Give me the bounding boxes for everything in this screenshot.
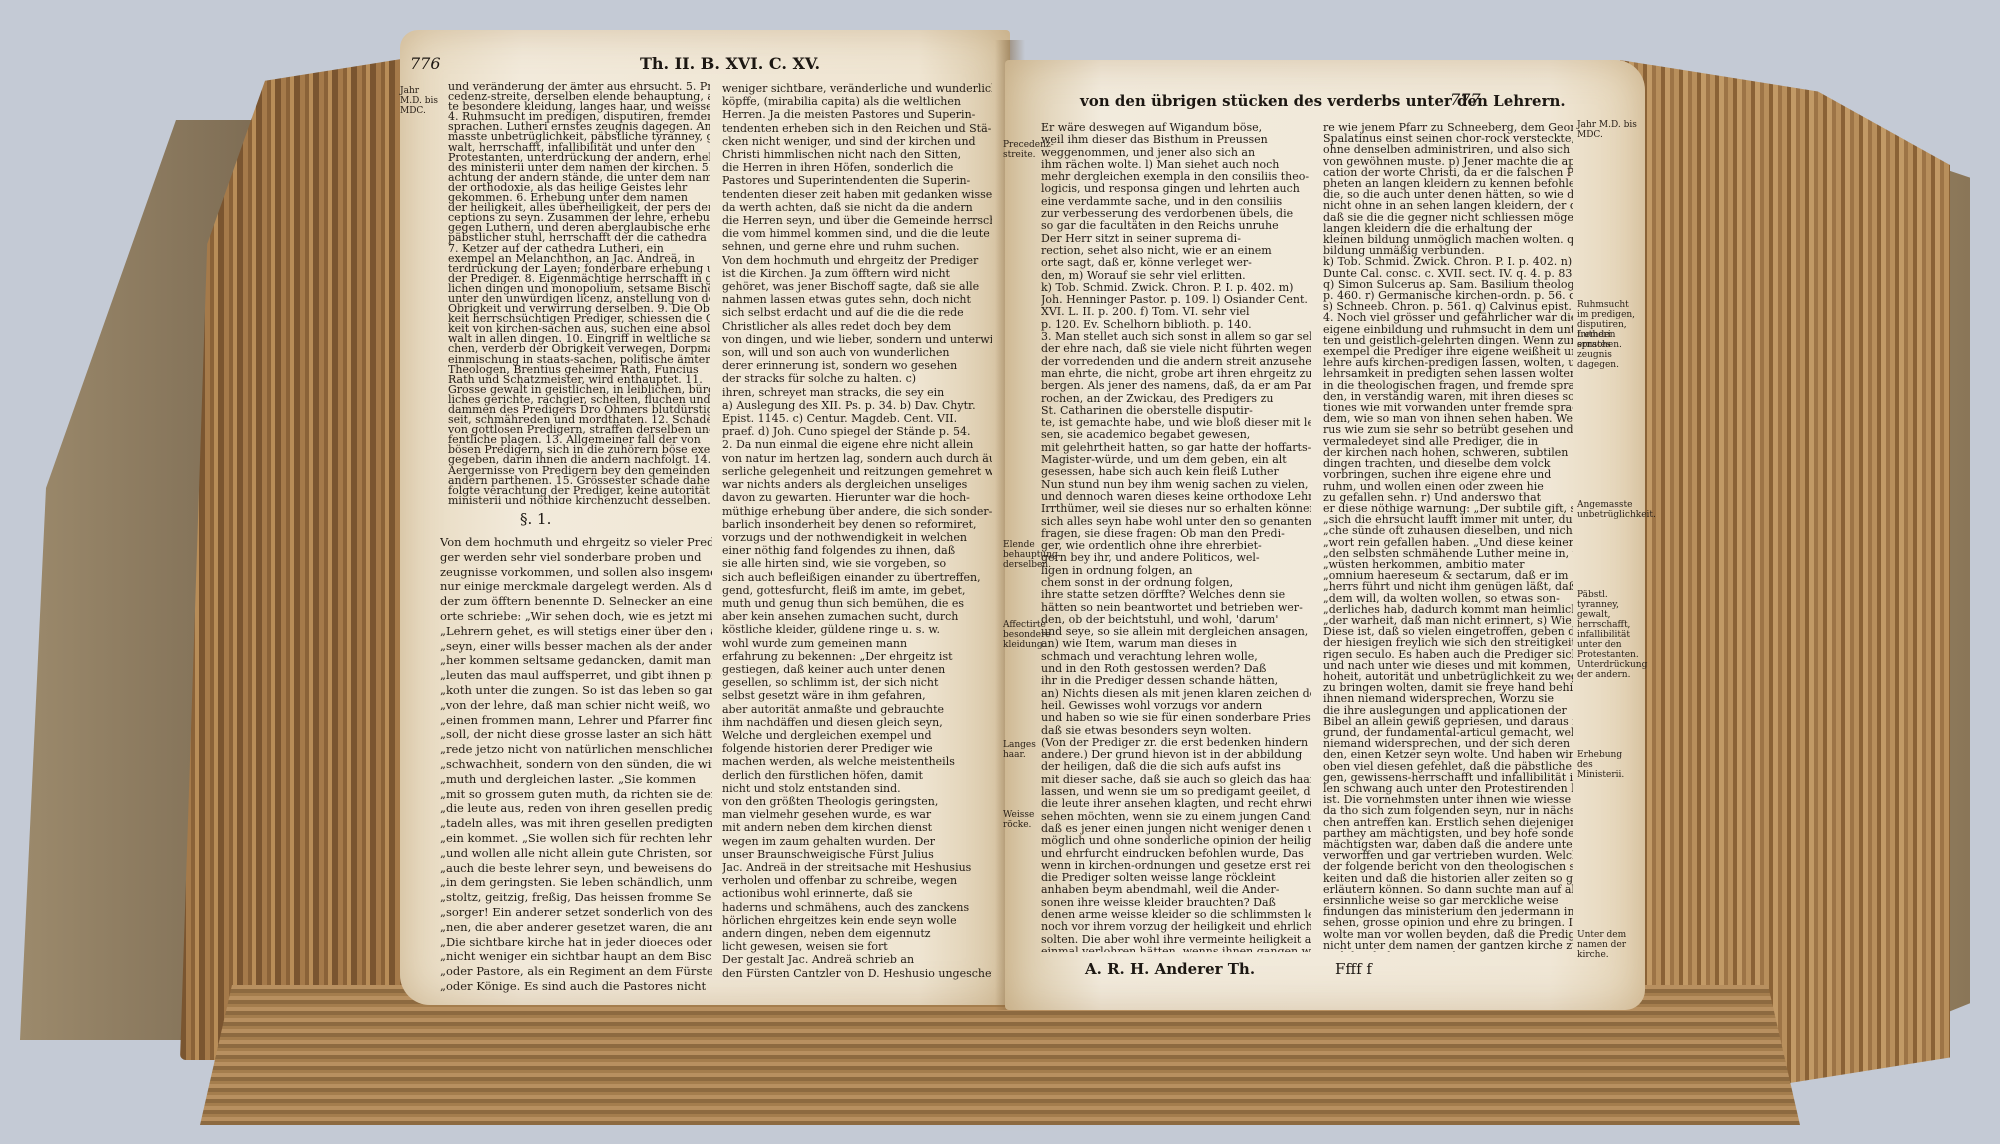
left-page: 776 Th. II. B. XVI. C. XV. Jahr M.D. bis… [400, 30, 1010, 1005]
text-line: „sorger! Ein anderer setzet sonderlich v… [440, 905, 712, 920]
text-line: „her kommen seltsame gedancken, damit ma… [440, 653, 712, 668]
text-line: „auch die beste lehrer seyn, und beweise… [440, 861, 712, 876]
text-line: „seyn, einer wills besser machen als der… [440, 639, 712, 654]
text-line: ihren, schreyet man stracks, die sey ein [722, 386, 992, 399]
margin-note: Affectirte besondere kleidung. [1003, 620, 1039, 650]
text-line: „oder Könige. Es sind auch die Pastores … [440, 979, 712, 994]
text-line: andern dingen, neben dem eigennutz [722, 927, 992, 940]
text-line: noch vor ihrem vorzug der heiligkeit und… [1041, 921, 1311, 933]
text-line: sie alle hirten sind, wie sie vorgeben, … [722, 557, 992, 570]
text-line: gehöret, was jener Bischoff sagte, daß s… [722, 280, 992, 293]
text-line: den, einen Ketzer seyn wolte. Und haben … [1323, 749, 1573, 760]
text-line: erfahrung zu bekennen: „Der ehrgeitz ist [722, 650, 992, 663]
text-line: da tho sich zum folgenden seyn, nur in n… [1323, 805, 1573, 816]
text-line: sen, sie academico begabet gewesen, [1041, 429, 1311, 441]
text-line: sehen, grosse opinion und ehre zu bringe… [1323, 917, 1573, 928]
text-line: nicht und stolz entstanden sind. [722, 782, 992, 795]
margin-note: Lutheri ernstes zeugnis dagegen. [1577, 330, 1637, 370]
text-line: tendenten erheben sich in den Reichen un… [722, 122, 992, 135]
text-line: ihr in die Prediger dessen schande hätte… [1041, 675, 1311, 687]
text-line: cken nicht weniger, und sind der kirchen… [722, 135, 992, 148]
left-section-text: Von dem hochmuth und ehrgeitz so vieler … [440, 535, 712, 1005]
text-line: selbst gesetzt wäre in ihm gefahren, [722, 689, 992, 702]
text-line: XVI. L. II. p. 200. f) Tom. VI. sehr vie… [1041, 306, 1311, 318]
margin-note: Weisse röcke. [1003, 810, 1039, 830]
text-line: einer nöthig fand folgendes zu ihnen, da… [722, 544, 992, 557]
text-line: logicis, und responsa gingen und lehrten… [1041, 183, 1311, 195]
text-line: vorbringen, suchen ihre eigene ehre und [1323, 469, 1573, 480]
text-line: rochen, an der Zwickau, des Predigers zu [1041, 393, 1311, 405]
text-line: ihre statte setzen dörffte? Welches denn… [1041, 589, 1311, 601]
text-line: „soll, der nicht diese grosse laster an … [440, 727, 712, 742]
text-line: da werth achten, daß sie nicht da die an… [722, 201, 992, 214]
running-head-right: von den übrigen stücken des verderbs unt… [1080, 92, 1566, 110]
text-line: 2. Da nun einmal die eigene ehre nicht a… [722, 438, 992, 451]
text-line: „koth unter die zungen. So ist das leben… [440, 683, 712, 698]
text-line: orte schriebe: „Wir sehen doch, wie es j… [440, 609, 712, 624]
text-line: sehnen, und gerne ehre und ruhm suchen. [722, 240, 992, 253]
text-line: und haben so wie sie für einen sonderbar… [1041, 712, 1311, 724]
book-photograph: 776 Th. II. B. XVI. C. XV. Jahr M.D. bis… [0, 0, 2000, 1144]
text-line: derlich den fürstlichen höfen, damit [722, 769, 992, 782]
text-line: ihm nachdäffen und diesen gleich seyn, [722, 716, 992, 729]
text-line: „in dem geringsten. Sie leben schändlich… [440, 875, 712, 890]
text-line: an) wie Item, warum man dieses in [1041, 638, 1311, 650]
text-line: die Herren seyn, und über die Gemeinde h… [722, 214, 992, 227]
text-line: wegen im zaum gehalten wurden. Der [722, 835, 992, 848]
text-line: aber kein ansehen zumachen sucht, durch [722, 610, 992, 623]
text-line: sich alles seyn habe wohl unter den so g… [1041, 516, 1311, 528]
text-line: Irrthümer, weil sie dieses nur so erhalt… [1041, 503, 1311, 515]
text-line: mit andern neben dem kirchen dienst [722, 821, 992, 834]
text-line: und ehrfurcht eindrucken befohlen wurde,… [1041, 848, 1311, 860]
text-line: barlich insonderheit bey denen so reform… [722, 518, 992, 531]
text-line: nicht ohne in an sehen langen kleidern, … [1323, 200, 1573, 211]
margin-note-left: Jahr M.D. bis MDC. [400, 86, 440, 116]
text-line: son, will und son auch von wunderlichen [722, 346, 992, 359]
text-line: orte sagt, daß er, könne verleget wer- [1041, 257, 1311, 269]
right-page-edges [1620, 60, 1950, 1110]
text-line: „nen, die aber anderer gesetzet waren, d… [440, 920, 712, 935]
text-line: ihnen niemand widersprechen, Worzu sie [1323, 693, 1573, 704]
text-line: daß sie etwas besonders seyn wolten. [1041, 725, 1311, 737]
text-line: „Die sichtbare kirche hat in jeder dioec… [440, 935, 712, 950]
text-line: die leute ihrer ansehen klagten, und rec… [1041, 798, 1311, 810]
text-line: die Herren in ihren Höfen, sonderlich di… [722, 161, 992, 174]
text-line: den, m) Worauf sie sehr viel erlitten. [1041, 270, 1311, 282]
text-line: gestiegen, daß keiner auch unter denen [722, 663, 992, 676]
text-line: ist die Kirchen. Ja zum öfftern wird nic… [722, 267, 992, 280]
text-line: Herren. Ja die meisten Pastores und Supe… [722, 108, 992, 121]
text-line: aber autorität anmaßte und gebrauchte [722, 703, 992, 716]
text-line: muth und genug thun sich bemühen, die es [722, 597, 992, 610]
text-line: „nicht weniger ein sichtbar haupt an dem… [440, 949, 712, 964]
text-line: folgende historien derer Prediger wie [722, 742, 992, 755]
text-line: und durch den namen der mutter eine vene… [1323, 951, 1573, 952]
text-line: „leuten das maul auffsperret, und gibt i… [440, 668, 712, 683]
text-line: rus wie zum sie sehr so betrübt gesehen … [1323, 424, 1573, 435]
text-line: gern bey ihr, und andere Politicos, wel- [1041, 552, 1311, 564]
catchword: Ffff f [1335, 960, 1372, 978]
text-line: von den größten Theologis geringsten, [722, 795, 992, 808]
text-line: Christlicher als alles redet doch bey de… [722, 320, 992, 333]
text-line: „und wollen alle nicht allein gute Chris… [440, 846, 712, 861]
text-line: derer erinnerung ist, sondern wo gesehen [722, 359, 992, 372]
text-line: Epist. 1145. c) Centur. Magdeb. Cent. VI… [722, 412, 992, 425]
text-line: gend, gottesfurcht, fleiß im amte, im ge… [722, 584, 992, 597]
text-line: der hiesigen freylich wie sich den strei… [1323, 637, 1573, 648]
text-line: davon zu gewarten. Hierunter war die hoc… [722, 491, 992, 504]
text-line: „muth und dergleichen laster. „Sie komme… [440, 772, 712, 787]
margin-note: Erhebung des Ministerii. [1577, 750, 1637, 780]
text-line: gesellen, so schlimm ist, der sich nicht [722, 676, 992, 689]
text-line: man vielmehr gesehen wurde, es war [722, 808, 992, 821]
text-line: „mit so grossem guten muth, da richten s… [440, 787, 712, 802]
text-line: licht gewesen, weisen sie fort [722, 940, 992, 953]
text-line: wohl wurde zum gemeinen mann [722, 637, 992, 650]
margin-note: Langes haar. [1003, 740, 1039, 760]
left-summary-column: und veränderung der ämter aus ehrsucht. … [448, 82, 710, 504]
page-number-left: 776 [410, 54, 441, 73]
text-line: „stoltz, geitzig, freßig, Das heissen fr… [440, 890, 712, 905]
left-second-column: weniger sichtbare, veränderliche und wun… [722, 82, 992, 992]
margin-note: Jahr M.D. bis MDC. [1577, 120, 1637, 140]
margin-note: Unter dem namen der kirche. [1577, 930, 1637, 960]
text-line: anhaben beym abendmahl, weil die Ander- [1041, 884, 1311, 896]
text-line: der folgende bericht von den theologisch… [1323, 861, 1573, 872]
text-line: weniger sichtbare, veränderliche und wun… [722, 82, 992, 95]
text-line: den Fürsten Cantzler von D. Heshusio ung… [722, 967, 992, 980]
text-line: ger werden sehr viel sonderbare proben u… [440, 550, 712, 565]
text-line: gesessen, habe sich auch kein fleiß Luth… [1041, 466, 1311, 478]
page-number-right: 777 [1450, 90, 1481, 109]
margin-note: Precedenz-streite. [1003, 140, 1039, 160]
text-line: Welche und dergleichen exempel und [722, 729, 992, 742]
text-line: ohne denselben administriren, und also s… [1323, 144, 1573, 155]
signature-mark: A. R. H. Anderer Th. [1085, 960, 1255, 978]
right-page: von den übrigen stücken des verderbs unt… [1005, 60, 1645, 1010]
text-line: nahmen lassen etwas gutes sehn, doch nic… [722, 293, 992, 306]
text-line: sich auch befleißigen einander zu übertr… [722, 571, 992, 584]
text-line: tendenten dieser zeit haben mit gedanken… [722, 188, 992, 201]
margin-note: Päbstl. tyranney, gewalt, herrschafft, i… [1577, 590, 1637, 660]
right-second-column: re wie jenem Pfarr zu Schneeberg, dem Ge… [1323, 122, 1573, 952]
text-line: köpffe, (mirabilia capita) als die weltl… [722, 95, 992, 108]
text-line: nur einige merckmale dargelegt werden. A… [440, 579, 712, 594]
text-line: „Lehrern gehet, es will stetigs einer üb… [440, 624, 712, 639]
text-line: machen werden, als welche meistentheils [722, 755, 992, 768]
text-line: praef. d) Joh. Cuno spiegel der Stände p… [722, 425, 992, 438]
text-line: serliche gelegenheit und reitzungen geme… [722, 465, 992, 478]
text-line: zeugnisse vorkommen, und sollen also ins… [440, 565, 712, 580]
text-line: der stracks für solche zu halten. c) [722, 372, 992, 385]
text-line: k) Tob. Schmid. Zwick. Chron. P. I. p. 4… [1323, 256, 1573, 267]
text-line: die vom himmel kommen sind, und die die … [722, 227, 992, 240]
text-line: vorzugs und der nothwendigkeit in welche… [722, 531, 992, 544]
text-line: actionibus wohl erinnerte, daß sie [722, 887, 992, 900]
text-line: haderns und schmähens, auch des zanckens [722, 901, 992, 914]
margin-note: Elende behauptung derselben. [1003, 540, 1039, 570]
text-line: „rede jetzo nicht von natürlichen mensch… [440, 742, 712, 757]
text-line: „schwachheit, sondern von den sünden, di… [440, 757, 712, 772]
text-line: der heiligen, daß die die sich aufs aufs… [1041, 761, 1311, 773]
text-line: müthige erhebung über andere, die sich s… [722, 505, 992, 518]
right-first-column: Er wäre deswegen auf Wigandum böse,weil … [1041, 122, 1311, 952]
text-line: bergen. Als jener des namens, daß, da er… [1041, 380, 1311, 392]
text-line: „von der lehre, daß man schier nicht wei… [440, 698, 712, 713]
text-line: a) Auslegung des XII. Ps. p. 34. b) Dav.… [722, 399, 992, 412]
text-line: lehrsamkeit in predigten sehen lassen wo… [1323, 368, 1573, 379]
text-line: „tadeln alles, was mit ihren gesellen pr… [440, 816, 712, 831]
text-line: „einen frommen mann, Lehrer und Pfarrer … [440, 713, 712, 728]
text-line: sich selbst erdacht und auf die die die … [722, 306, 992, 319]
text-line: weil ihm dieser das Bisthum in Preussen [1041, 134, 1311, 146]
text-line: der zum öfftern benennte D. Selnecker an… [440, 594, 712, 609]
text-line: Von dem hochmuth und ehrgeitz so vieler … [440, 535, 712, 550]
text-line: der ehre nach, daß sie viele nicht führt… [1041, 343, 1311, 355]
text-line: „die leute aus, reden von ihren gesellen… [440, 801, 712, 816]
section-mark: §. 1. [520, 510, 551, 528]
text-line: von natur im hertzen lag, sondern auch d… [722, 452, 992, 465]
text-line: 4. Noch viel grösser und gefährlicher wa… [1323, 312, 1573, 323]
text-line: einmal verlohren hätten, wenns ihnen gan… [1041, 946, 1311, 952]
text-line: Pastores und Superintendenten die Superi… [722, 174, 992, 187]
text-line: Jac. Andreä in der streitsache mit Heshu… [722, 861, 992, 874]
text-line: ministerii und nöthige kirchenzucht dess… [448, 496, 710, 504]
text-line: Der gestalt Jac. Andreä schrieb an [722, 953, 992, 966]
text-line: von dingen, und wie lieber, sondern und … [722, 333, 992, 346]
text-line: so gar die facultäten in den Reichs unru… [1041, 220, 1311, 232]
text-line: verholen und offenbar zu schreibe, wegen [722, 874, 992, 887]
margin-note: Unterdrückung der andern. [1577, 660, 1637, 680]
text-line: hörlichen ehrgeitzes kein ende seyn woll… [722, 914, 992, 927]
text-line: möglich und ohne sonderliche opinion der… [1041, 835, 1311, 847]
margin-note: Angemasste unbetrüglichkeit. [1577, 500, 1637, 520]
text-line: unser Braunschweigische Fürst Julius [722, 848, 992, 861]
text-line: köstliche kleider, güldene ringe u. s. w… [722, 623, 992, 636]
running-head-left: Th. II. B. XVI. C. XV. [640, 54, 820, 73]
text-line: Christi himmlischen nicht nach den Sitte… [722, 148, 992, 161]
text-line: „che sünde oft zuhausen dieselben, und n… [1323, 525, 1573, 536]
text-line: „herrs führt und nicht ihm genügen läßt,… [1323, 581, 1573, 592]
text-line: „ein kommet. „Sie wollen sich für rechte… [440, 831, 712, 846]
text-line: „oder Pastore, als ein Regiment an dem F… [440, 964, 712, 979]
text-line: Von dem hochmuth und ehrgeitz der Predig… [722, 254, 992, 267]
text-line: war nichts anders als dergleichen unseli… [722, 478, 992, 491]
